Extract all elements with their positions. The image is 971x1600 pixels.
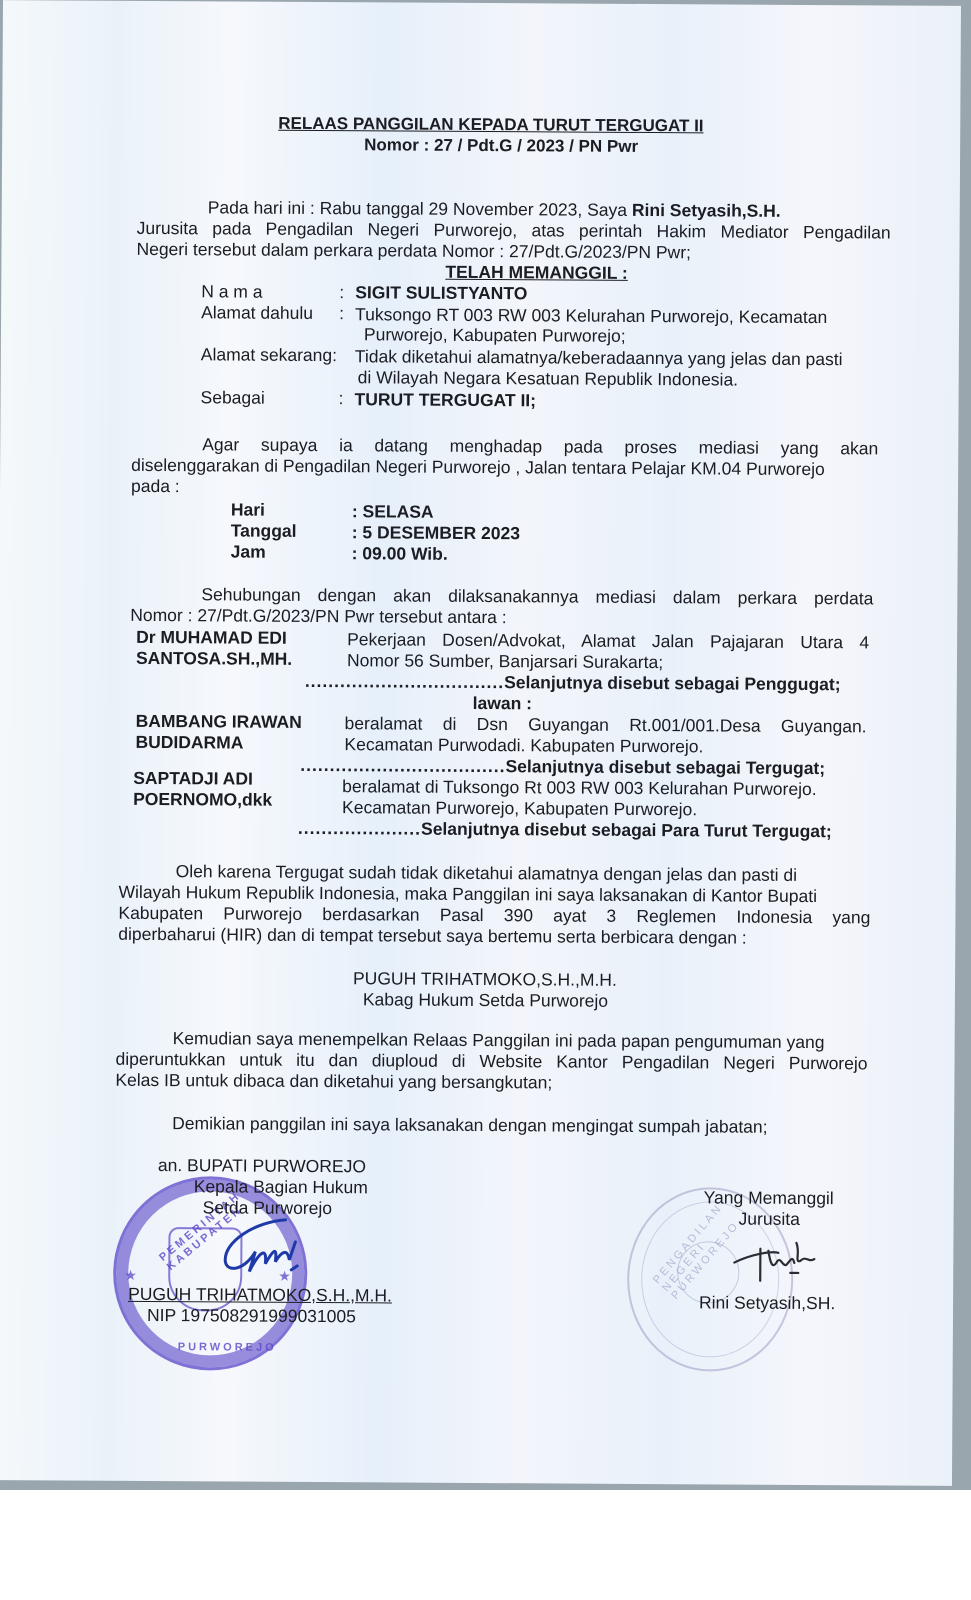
versus-label: lawan :	[473, 693, 532, 713]
summoned-heading: TELAH MEMANGGIL :	[445, 262, 628, 283]
field-colon: :	[339, 388, 344, 408]
mediation-line-3: pada :	[131, 476, 180, 496]
met-person-title: Kabag Hukum Setda Purworejo	[363, 989, 608, 1010]
leader-dots: ..................................	[305, 671, 504, 692]
field-colon: :	[339, 282, 344, 302]
star-icon: ★	[124, 1267, 137, 1284]
service-line-2: Wilayah Hukum Republik Indonesia, maka P…	[119, 882, 818, 906]
field-value-sebagai: TURUT TERGUGAT II;	[355, 389, 537, 410]
schedule-value-tanggal: : 5 DESEMBER 2023	[352, 522, 520, 543]
field-label-nama: N a m a	[201, 281, 262, 301]
field-value-alamat-sekarang-2: di Wilayah Negara Kesatuan Republik Indo…	[358, 367, 738, 389]
posting-line-3: Kelas IB untuk dibaca dan diketahui yang…	[115, 1070, 552, 1093]
role-text: Selanjutnya disebut sebagai Penggugat;	[504, 672, 841, 694]
signatory-left-nip: NIP 197508291999031005	[147, 1305, 356, 1326]
co-defendant-name-1: SAPTADJI ADI	[133, 768, 253, 789]
field-colon: :	[339, 303, 344, 323]
leader-dots: .....................	[298, 818, 421, 839]
plaintiff-name-2: SANTOSA.SH.,MH.	[136, 648, 292, 669]
signatory-right-line-1: Yang Memanggil	[704, 1187, 834, 1208]
schedule-value-hari: : SELASA	[352, 501, 434, 521]
signature-right-icon	[730, 1233, 840, 1294]
parties-intro-1: Sehubungan dengan akan dilaksanakannya m…	[201, 584, 873, 608]
schedule-label-jam: Jam	[231, 541, 266, 561]
defendant-address-2: Kecamatan Purwodadi. Kabupaten Purworejo…	[344, 734, 703, 756]
mediation-line-1: Agar supaya ia datang menghadap pada pro…	[202, 434, 878, 458]
field-value-alamat-sekarang: Tidak diketahui alamatnya/keberadaannya …	[355, 346, 843, 369]
bailiff-name: Rini Setyasih,S.H.	[632, 200, 781, 221]
plaintiff-role: ..................................Selanj…	[305, 671, 841, 694]
signatory-left-line-1: an. BUPATI PURWOREJO	[158, 1155, 366, 1176]
plaintiff-address-2: Nomor 56 Sumber, Banjarsari Surakarta;	[347, 650, 663, 672]
role-text: Selanjutnya disebut sebagai Para Turut T…	[421, 819, 832, 842]
co-defendant-role: .....................Selanjutnya disebut…	[298, 818, 832, 841]
signatory-left-line-2: Kepala Bagian Hukum	[194, 1176, 368, 1197]
document-page: RELAAS PANGGILAN KEPADA TURUT TERGUGAT I…	[0, 0, 961, 1486]
field-value-alamat-dahulu-2: Purworejo, Kabupaten Purworejo;	[364, 324, 626, 346]
mediation-line-2: diselenggarakan di Pengadilan Negeri Pur…	[131, 455, 825, 479]
closing-statement: Demikian panggilan ini saya laksanakan d…	[172, 1113, 768, 1137]
schedule-value-jam: : 09.00 Wib.	[352, 543, 448, 564]
schedule-label-hari: Hari	[231, 499, 265, 519]
met-person-name: PUGUH TRIHATMOKO,S.H.,M.H.	[353, 968, 617, 990]
intro-line-3: Negeri tersebut dalam perkara perdata No…	[136, 239, 691, 262]
stamp-text-bottom: PURWOREJO	[178, 1341, 277, 1354]
co-defendant-address-2: Kecamatan Purworejo, Kabupaten Purworejo…	[342, 797, 697, 819]
signatory-right-line-2: Jurusita	[739, 1209, 800, 1229]
role-text: Selanjutnya disebut sebagai Tergugat;	[505, 756, 825, 778]
leader-dots: ...................................	[300, 755, 505, 776]
parties-intro-2: Nomor : 27/Pdt.G/2023/PN Pwr tersebut an…	[130, 605, 507, 627]
defendant-name-2: BUDIDARMA	[135, 732, 243, 753]
field-label-sebagai: Sebagai	[201, 387, 265, 407]
field-value-nama: SIGIT SULISTYANTO	[355, 282, 527, 303]
intro-text: Pada hari ini : Rabu tanggal 29 November…	[208, 197, 632, 220]
field-label-alamat-dahulu: Alamat dahulu	[201, 302, 313, 323]
plaintiff-name-1: Dr MUHAMAD EDI	[136, 627, 287, 648]
plaintiff-address-1: Pekerjaan Dosen/Advokat, Alamat Jalan Pa…	[347, 629, 869, 652]
defendant-role: ...................................Selan…	[300, 755, 825, 778]
posting-line-1: Kemudian saya menempelkan Relaas Panggil…	[173, 1028, 825, 1052]
signatory-left-name: PUGUH TRIHATMOKO,S.H.,M.H.	[128, 1284, 392, 1306]
signature-left-icon	[215, 1211, 325, 1282]
defendant-address-1: beralamat di Dsn Guyangan Rt.001/001.Des…	[345, 713, 867, 736]
service-line-4: diperbaharui (HIR) dan di tempat tersebu…	[118, 924, 747, 948]
service-line-1: Oleh karena Tergugat sudah tidak diketah…	[176, 861, 797, 885]
document-title: RELAAS PANGGILAN KEPADA TURUT TERGUGAT I…	[278, 114, 703, 137]
schedule-label-tanggal: Tanggal	[231, 520, 297, 540]
signatory-right-name: Rini Setyasih,SH.	[699, 1292, 835, 1313]
co-defendant-address-1: beralamat di Tuksongo Rt 003 RW 003 Kelu…	[342, 776, 817, 799]
field-label-alamat-sekarang: Alamat sekarang:	[201, 344, 337, 365]
co-defendant-name-2: POERNOMO,dkk	[133, 789, 272, 810]
intro-line-1: Pada hari ini : Rabu tanggal 29 November…	[208, 197, 892, 221]
case-number: Nomor : 27 / Pdt.G / 2023 / PN Pwr	[364, 135, 638, 157]
defendant-name-1: BAMBANG IRAWAN	[136, 711, 302, 732]
